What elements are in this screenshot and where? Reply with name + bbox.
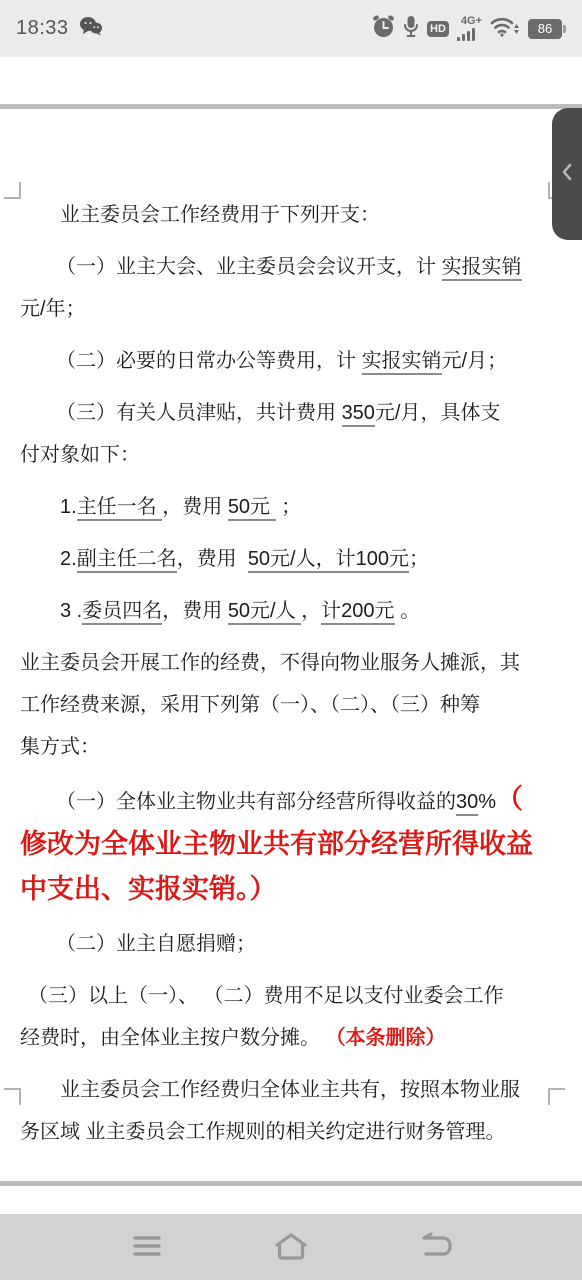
body-text: 元/年； [20, 298, 86, 320]
navigation-bar [0, 1214, 582, 1280]
signal-bars-icon [457, 28, 475, 41]
paragraph: （三）有关人员津贴，共计费用 350元/月，具体支 付对象如下： [20, 392, 552, 476]
paragraph: 2.副主任二名，费用 50元/人，计100元； [20, 538, 552, 580]
nav-menu-button[interactable] [75, 1214, 219, 1280]
signal-4g-icon: 4G+ [457, 16, 482, 41]
body-text: 业主委员会开展工作的经费，不得向物业服务人摊派，其 工作经费来源，采用下列第（一… [20, 652, 520, 758]
paragraph: （二）必要的日常办公等费用，计 实报实销元/月； [20, 340, 552, 382]
battery-icon: 86 [528, 19, 566, 39]
body-text: （一）业主大会、业主委员会会议开支，计 [56, 256, 442, 278]
filled-blank-text: 实报实销 [362, 350, 442, 375]
paragraph: （二）业主自愿捐赠； [20, 923, 552, 965]
clock-time: 18:33 [16, 17, 69, 40]
body-text: ， [301, 600, 321, 622]
document-text: 业主委员会工作经费用于下列开支：（一）业主大会、业主委员会会议开支，计 实报实销… [20, 194, 552, 1163]
paragraph: 1.主任一名 ，费用 50元 ； [20, 486, 552, 528]
body-text: ，费用 [162, 496, 228, 518]
battery-tip [563, 25, 566, 33]
status-bar: 18:33 [0, 0, 582, 57]
microphone-icon [403, 15, 419, 43]
battery-percent: 86 [528, 19, 562, 39]
paragraph: （三）以上（一）、 （二）费用不足以支付业委会工作 经费时，由全体业主按户数分摊… [20, 975, 552, 1059]
phone-screen: 18:33 [0, 0, 582, 1280]
top-page-divider [0, 104, 582, 109]
status-bar-left: 18:33 [16, 15, 103, 42]
body-text: 。 [395, 600, 421, 622]
filled-blank-text: 50元/人，计100元 [248, 548, 409, 573]
wechat-icon [79, 15, 103, 42]
filled-blank-text: 副主任二名 [77, 548, 177, 573]
body-text: ； [409, 548, 429, 570]
back-icon [416, 1232, 454, 1263]
body-text: （二）必要的日常办公等费用，计 [56, 350, 362, 372]
revision-text: （本条删除） [326, 1027, 446, 1049]
body-text: % [478, 791, 496, 813]
filled-blank-text: 计200元 [321, 600, 394, 625]
body-text: （二）业主自愿捐赠； [56, 933, 256, 955]
body-text: 3 . [60, 600, 82, 622]
paragraph: 3 .委员四名，费用 50元/人 ，计200元 。 [20, 590, 552, 632]
paragraph: 业主委员会工作经费用于下列开支： [20, 194, 552, 236]
menu-icon [132, 1233, 162, 1262]
hd-icon: HD [427, 21, 449, 37]
filled-blank-text: 委员四名 [82, 600, 162, 625]
body-text: 元/月； [442, 350, 508, 372]
body-text: （一）全体业主物业共有部分经营所得收益的 [56, 791, 456, 813]
sidebar-collapse-handle[interactable] [552, 108, 582, 240]
filled-blank-text: 主任一名 [77, 496, 163, 521]
body-text: 2. [60, 548, 77, 570]
body-text: 业主委员会工作经费用于下列开支： [60, 204, 380, 226]
text-boundary-mark-top-left [4, 182, 21, 199]
wifi-icon [490, 15, 520, 42]
body-text: ； [276, 496, 302, 518]
status-bar-right: HD 4G+ 86 [372, 15, 566, 43]
paragraph: （一）全体业主物业共有部分经营所得收益的30%（ 修改为全体业主物业共有部分经营… [20, 778, 552, 913]
body-text: ，费用 [177, 548, 248, 570]
paragraph: （一）业主大会、业主委员会会议开支，计 实报实销 元/年； [20, 246, 552, 330]
filled-blank-text: 350 [342, 402, 375, 427]
filled-blank-text: 50元 [228, 496, 276, 521]
bottom-page-divider [0, 1181, 582, 1186]
body-text: 业主委员会工作经费归全体业主共有，按照本物业服 务区域 业主委员会工作规则的相关… [20, 1079, 520, 1143]
filled-blank-text: 50元/人 [228, 600, 301, 625]
body-text: ，费用 [162, 600, 228, 622]
nav-back-button[interactable] [363, 1214, 507, 1280]
filled-blank-text: 30 [456, 791, 478, 816]
alarm-icon [372, 15, 395, 43]
filled-blank-text: 实报实销 [442, 256, 522, 281]
body-text: 1. [60, 496, 77, 518]
paragraph: 业主委员会工作经费归全体业主共有，按照本物业服 务区域 业主委员会工作规则的相关… [20, 1069, 552, 1153]
home-icon [274, 1232, 308, 1263]
paragraph: 业主委员会开展工作的经费，不得向物业服务人摊派，其 工作经费来源，采用下列第（一… [20, 642, 552, 768]
text-boundary-mark-bottom-left [4, 1088, 21, 1105]
body-text: （三）有关人员津贴，共计费用 [56, 402, 342, 424]
nav-home-button[interactable] [219, 1214, 363, 1280]
chevron-left-icon [561, 161, 573, 188]
network-type-label: 4G+ [461, 16, 482, 27]
